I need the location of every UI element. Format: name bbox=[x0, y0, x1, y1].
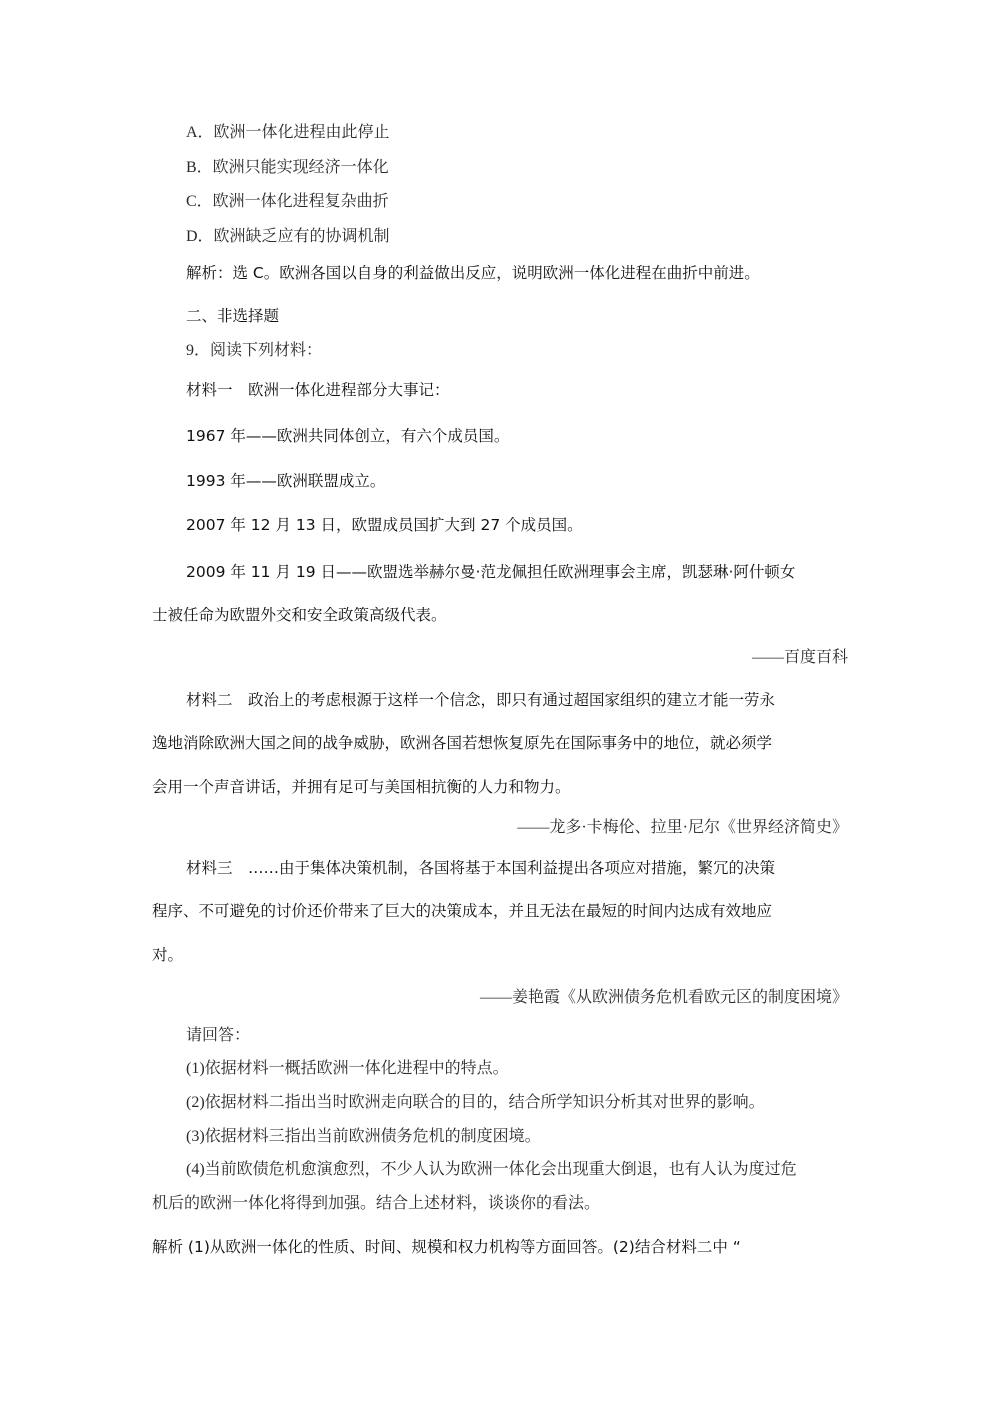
material2-source: ——龙多·卡梅伦、拉里·尼尔《世界经济简史》 bbox=[517, 818, 848, 838]
material2-line3: 会用一个声音讲话，并拥有足可与美国相抗衡的人力和物力。 bbox=[152, 777, 571, 797]
material3-source: ——姜艳霞《从欧洲债务危机看欧元区的制度困境》 bbox=[480, 988, 848, 1008]
q9-analysis: 解析 (1)从欧洲一体化的性质、时间、规模和权力机构等方面回答。(2)结合材料二… bbox=[152, 1237, 741, 1257]
sub-question-2: (2)依据材料二指出当时欧洲走向联合的目的，结合所学知识分析其对世界的影响。 bbox=[186, 1093, 765, 1113]
sub-question-4-line1: (4)当前欧债危机愈演愈烈，不少人认为欧洲一体化会出现重大倒退，也有人认为度过危 bbox=[186, 1160, 797, 1180]
material2-line1: 材料二 政治上的考虑根源于这样一个信念，即只有通过超国家组织的建立才能一劳永 bbox=[186, 690, 775, 710]
sub-question-4-line2: 机后的欧洲一体化将得到加强。结合上述材料，谈谈你的看法。 bbox=[152, 1194, 600, 1214]
material3-line3: 对。 bbox=[152, 945, 183, 965]
material1-heading: 材料一 欧洲一体化进程部分大事记： bbox=[186, 380, 450, 400]
q9-intro: 9．阅读下列材料： bbox=[186, 341, 322, 361]
option-a: A．欧洲一体化进程由此停止 bbox=[186, 123, 390, 143]
material3-line2: 程序、不可避免的讨价还价带来了巨大的决策成本，并且无法在最短的时间内达成有效地应 bbox=[152, 901, 772, 921]
sub-question-3: (3)依据材料三指出当前欧洲债务危机的制度困境。 bbox=[186, 1127, 541, 1147]
event-2009-line2: 士被任命为欧盟外交和安全政策高级代表。 bbox=[152, 605, 447, 625]
q8-analysis: 解析：选 C。欧洲各国以自身的利益做出反应，说明欧洲一体化进程在曲折中前进。 bbox=[186, 263, 760, 283]
option-c: C．欧洲一体化进程复杂曲折 bbox=[186, 192, 389, 212]
event-1967: 1967 年——欧洲共同体创立，有六个成员国。 bbox=[186, 426, 509, 446]
option-b: B．欧洲只能实现经济一体化 bbox=[186, 158, 389, 178]
event-2009-line1: 2009 年 11 月 19 日——欧盟选举赫尔曼·范龙佩担任欧洲理事会主席，凯… bbox=[186, 562, 795, 582]
option-d: D．欧洲缺乏应有的协调机制 bbox=[186, 227, 390, 247]
answer-prompt: 请回答： bbox=[186, 1026, 250, 1046]
material2-line2: 逸地消除欧洲大国之间的战争威胁，欧洲各国若想恢复原先在国际事务中的地位，就必须学 bbox=[152, 733, 772, 753]
material1-source: ——百度百科 bbox=[752, 648, 848, 668]
section-title: 二、非选择题 bbox=[186, 306, 279, 326]
event-1993: 1993 年——欧洲联盟成立。 bbox=[186, 471, 385, 491]
material3-line1: 材料三 ……由于集体决策机制，各国将基于本国利益提出各项应对措施，繁冗的决策 bbox=[186, 858, 775, 878]
sub-question-1: (1)依据材料一概括欧洲一体化进程中的特点。 bbox=[186, 1059, 509, 1079]
event-2007: 2007 年 12 月 13 日，欧盟成员国扩大到 27 个成员国。 bbox=[186, 515, 583, 535]
